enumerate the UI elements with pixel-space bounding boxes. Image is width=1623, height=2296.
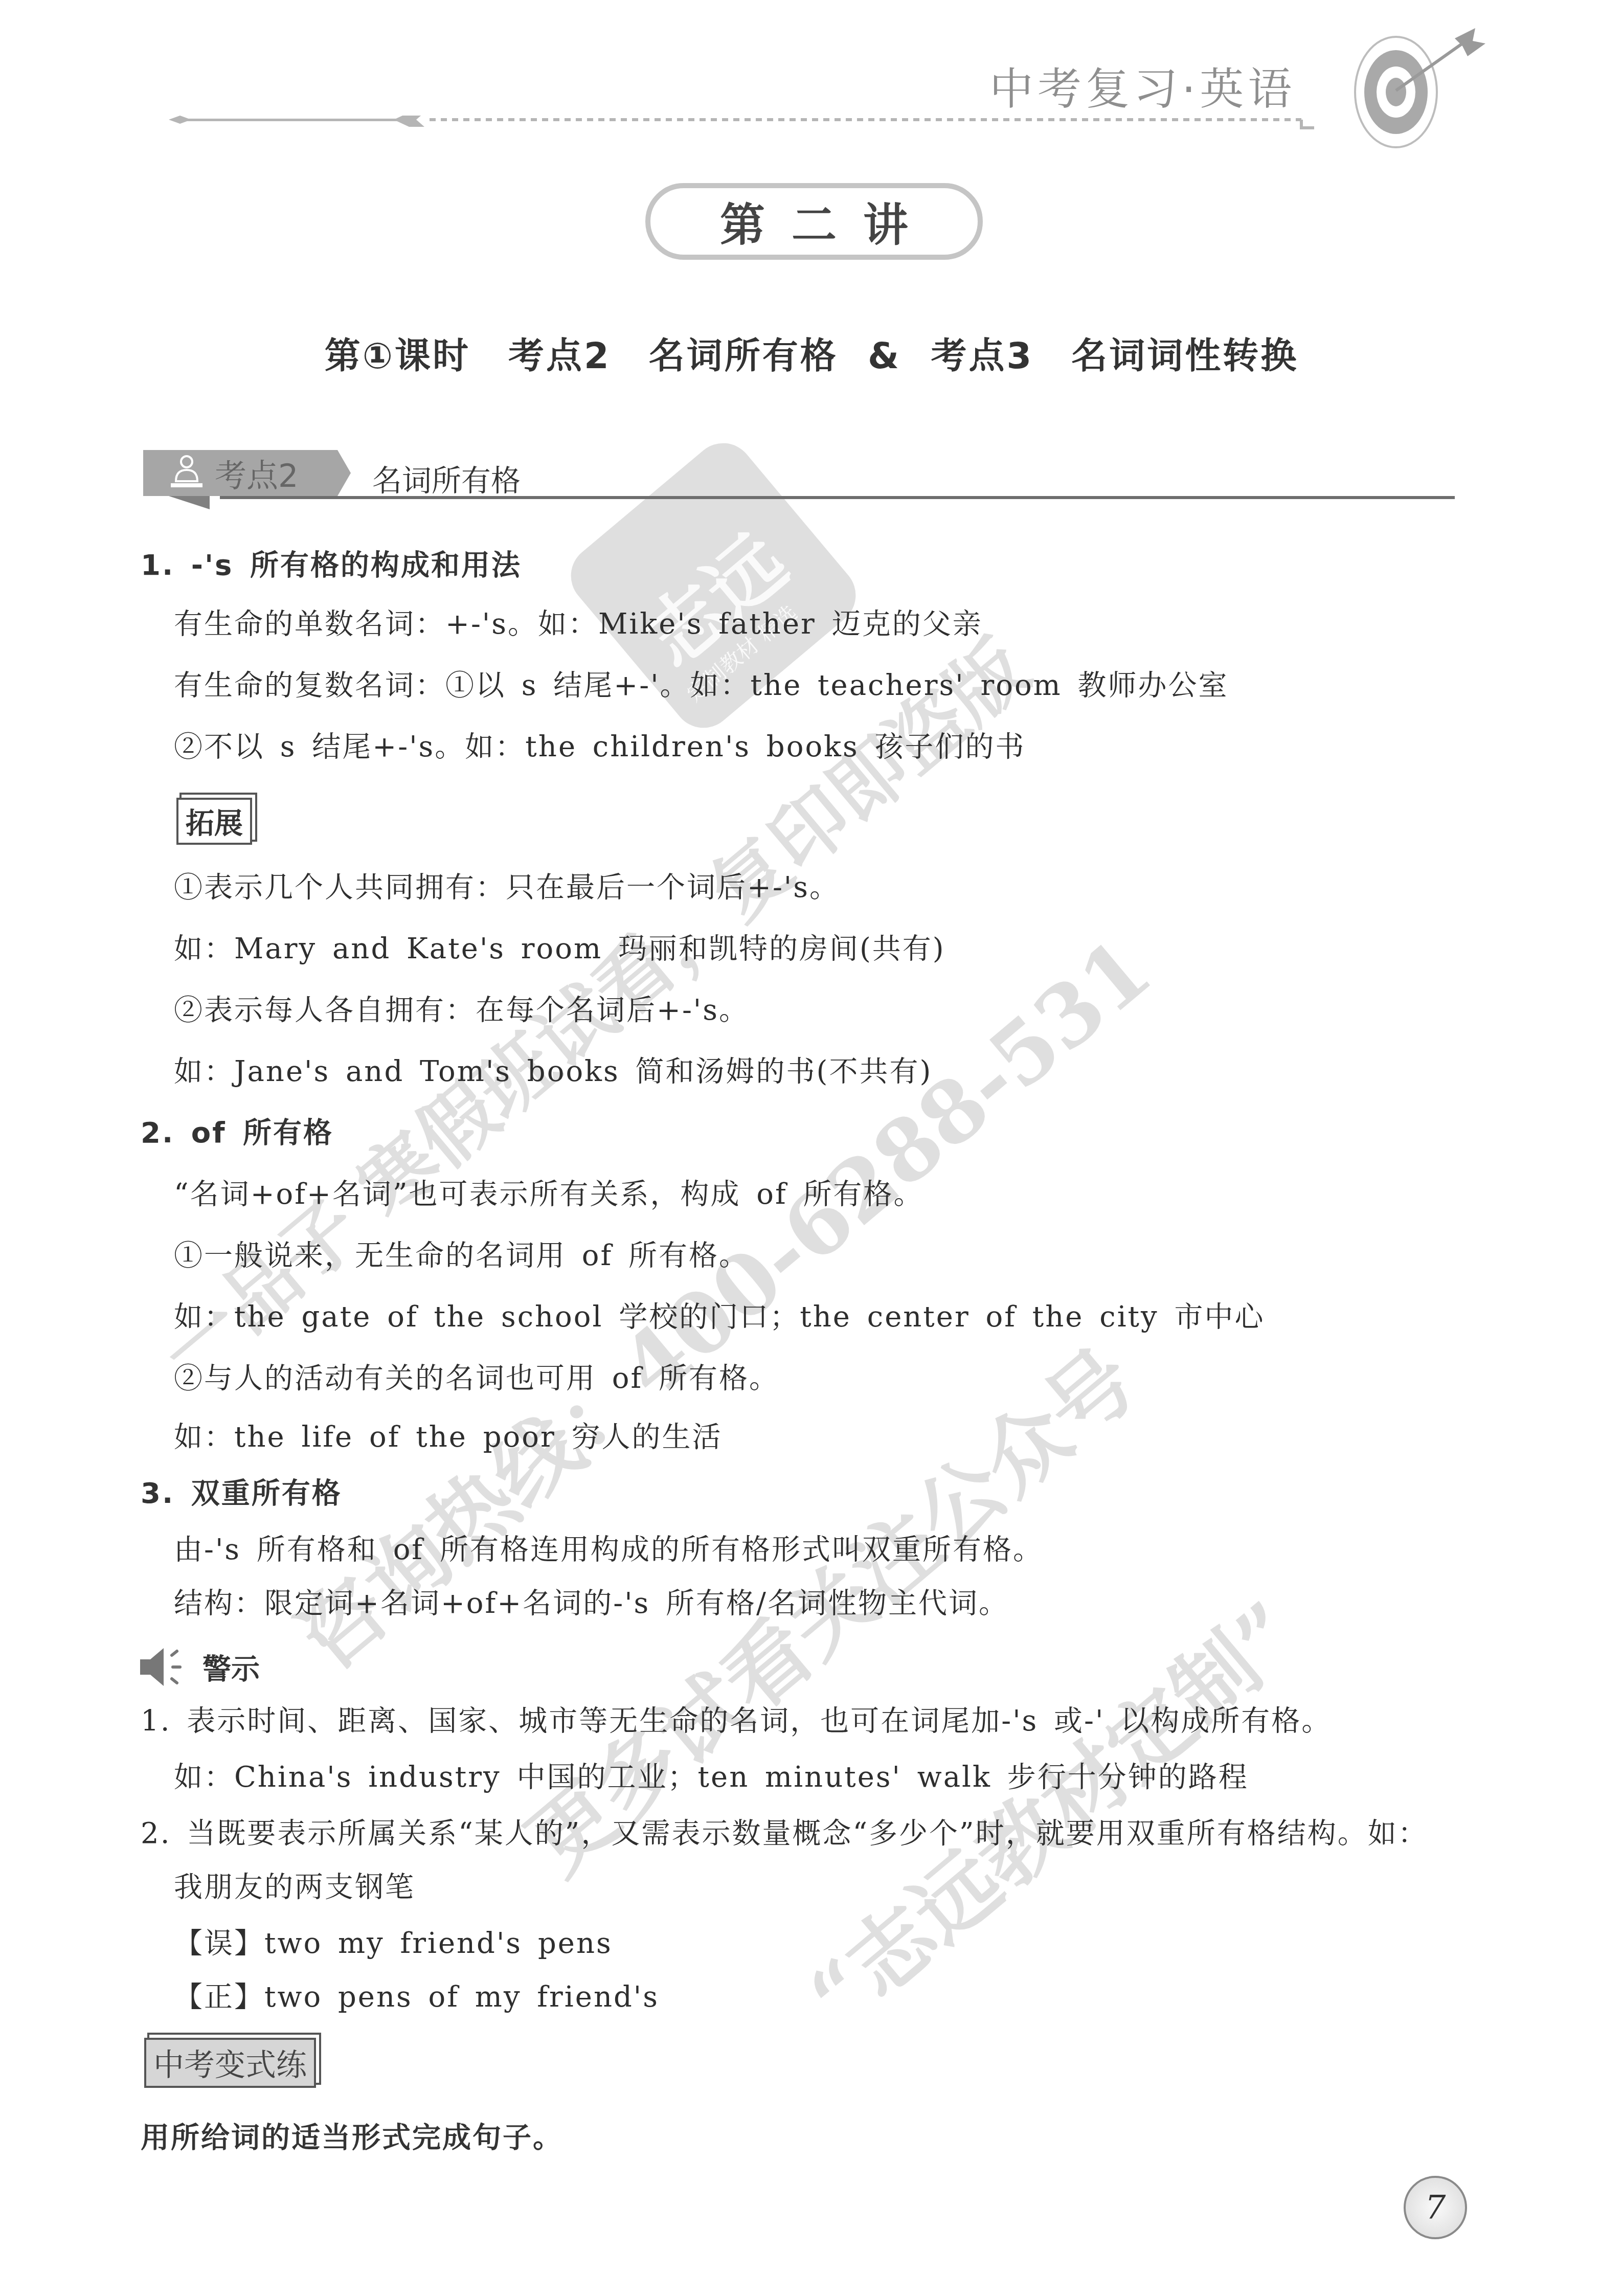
speaker-icon xyxy=(138,1644,194,1690)
lecture-title: 第二讲 xyxy=(720,189,935,254)
text-line: 结构：限定词+名词+of+名词的-'s 所有格/名词性物主代词。 xyxy=(174,1585,1009,1622)
practice-label: 中考变式练 xyxy=(144,2038,316,2088)
text-line: ②表示每人各自拥有：在每个名词后+-'s。 xyxy=(174,992,749,1029)
warning-header: 警示 xyxy=(138,1644,260,1690)
reading-person-icon xyxy=(169,455,205,491)
section-badge-label: 考点2 xyxy=(215,451,298,496)
warning-item: 2. 当既要表示所属关系“某人的”，又需表示数量概念“多少个”时，就要用双重所有… xyxy=(141,1815,1428,1852)
warning-example: 我朋友的两支钢笔 xyxy=(174,1869,415,1906)
series-title: 中考复习·英语 xyxy=(989,54,1296,117)
section-badge-fold xyxy=(169,496,210,509)
lecture-title-box: 第二讲 xyxy=(645,183,983,260)
section-badge: 考点2 xyxy=(143,450,337,496)
watermark-line-4: “志远教材定制” xyxy=(779,1569,1319,2050)
heading-1: 1. -'s 所有格的构成和用法 xyxy=(141,547,522,584)
text-line: 有生命的复数名词：①以 s 结尾+-'。如：the teachers' room… xyxy=(174,667,1229,704)
arrow-divider-icon xyxy=(169,116,1324,131)
page-number: 7 xyxy=(1404,2176,1467,2239)
heading-3: 3. 双重所有格 xyxy=(141,1475,342,1512)
extension-label: 拓展 xyxy=(176,798,252,845)
text-line: ②与人的活动有关的名词也可用 of 所有格。 xyxy=(174,1360,779,1397)
warning-label: 警示 xyxy=(202,1647,260,1687)
target-arrow-icon xyxy=(1345,28,1488,151)
text-line: 如：Jane's and Tom's books 简和汤姆的书(不共有) xyxy=(174,1053,932,1090)
text-line: 有生命的单数名词：+-'s。如：Mike's father 迈克的父亲 xyxy=(174,606,983,643)
heading-2: 2. of 所有格 xyxy=(141,1115,333,1152)
correct-example: 【正】two pens of my friend's xyxy=(174,1979,659,2016)
section-title: 名词所有格 xyxy=(372,457,521,500)
text-line: “名词+of+名词”也可表示所有关系，构成 of 所有格。 xyxy=(174,1176,924,1213)
practice-instruction: 用所给词的适当形式完成句子。 xyxy=(141,2120,563,2156)
text-line: ①表示几个人共同拥有：只在最后一个词后+-'s。 xyxy=(174,869,840,906)
section-badge-arrow xyxy=(337,450,351,496)
warning-example: 如：China's industry 中国的工业；ten minutes' wa… xyxy=(174,1759,1249,1796)
text-line: 由-'s 所有格和 of 所有格连用构成的所有格形式叫双重所有格。 xyxy=(174,1532,1043,1568)
text-line: 如：the gate of the school 学校的门口；the cente… xyxy=(174,1299,1265,1336)
section-divider xyxy=(220,496,1455,499)
text-line: 如：the life of the poor 穷人的生活 xyxy=(174,1419,723,1456)
lesson-subtitle: 第①课时 考点2 名词所有格 & 考点3 名词词性转换 xyxy=(0,327,1623,379)
wrong-example: 【误】two my friend's pens xyxy=(174,1925,613,1962)
warning-item: 1. 表示时间、距离、国家、城市等无生命的名词，也可在词尾加-'s 或-' 以构… xyxy=(141,1703,1332,1740)
text-line: ②不以 s 结尾+-'s。如：the children's books 孩子们的… xyxy=(174,729,1026,766)
text-line: 如：Mary and Kate's room 玛丽和凯特的房间(共有) xyxy=(174,931,945,967)
text-line: ①一般说来，无生命的名词用 of 所有格。 xyxy=(174,1237,749,1274)
